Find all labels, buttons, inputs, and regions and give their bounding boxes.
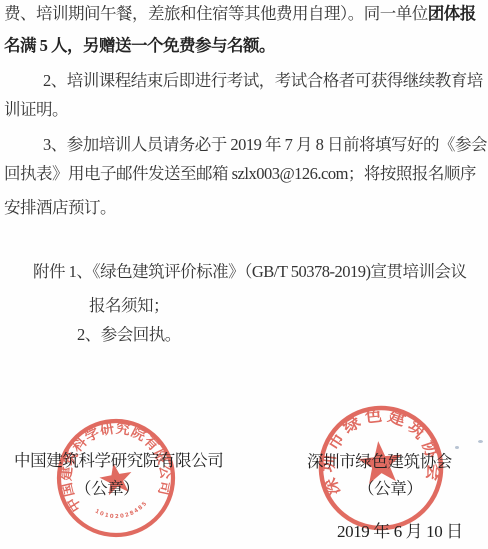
document-page: 费、培训期间午餐，差旅和住宿等其他费用自理）。同一单位团体报 名满 5 人，另赠… (0, 0, 488, 549)
left-company-name: 中国建筑科学研究院有限公司 (14, 450, 223, 471)
paragraph-return-line3: 安排酒店预订。 (4, 197, 116, 218)
attachment-list-line3: 2、参会回执。 (77, 324, 181, 345)
left-seal-group: 中国建筑科学研究院有限公司 1101020284855 (52, 412, 180, 540)
left-seal-note: （公章） (75, 478, 139, 499)
paragraph-fee-line2: 名满 5 人，另赠送一个免费参与名额。 (4, 35, 275, 56)
scan-artifact-dot (478, 440, 483, 443)
document-date: 2019 年 6 月 10 日 (337, 521, 463, 542)
left-official-seal: 中国建筑科学研究院有限公司 1101020284855 (52, 412, 180, 540)
fee-line1-bold-text: 团体报 (428, 4, 476, 23)
paragraph-fee-line1: 费、培训期间午餐，差旅和住宿等其他费用自理）。同一单位团体报 (4, 3, 476, 24)
attachment-list-line1: 附件 1、《绿色建筑评价标准》（GB/T 50378-2019)宣贯培训会议 (33, 261, 467, 282)
paragraph-exam-line1: 2、培训课程结束后即进行考试，考试合格者可获得继续教育培 (43, 70, 483, 91)
paragraph-return-line1: 3、参加培训人员请务必于 2019 年 7 月 8 日前将填写好的《参会 (43, 134, 487, 155)
right-company-name: 深圳市绿色建筑协会 (307, 451, 452, 472)
scan-artifact-dot (455, 446, 459, 449)
right-seal-note: （公章） (358, 478, 422, 499)
fee-line1-normal-text: 费、培训期间午餐，差旅和住宿等其他费用自理）。同一单位 (4, 4, 428, 23)
paragraph-return-line2: 回执表》用电子邮件发送至邮箱 szlx003@126.com；将按照报名顺序 (4, 163, 476, 184)
attachment-list-line2: 报名须知； (89, 295, 169, 316)
paragraph-exam-line2: 训证明。 (4, 99, 68, 120)
